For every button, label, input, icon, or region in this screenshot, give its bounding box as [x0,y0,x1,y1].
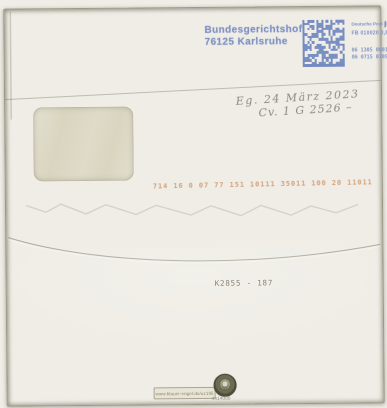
deutsche-post-brand: Deutsche Post [351,20,385,27]
sender-name: Bundesgerichtshof [204,24,302,37]
blauer-engel-logo [213,374,236,397]
photo-background: Bundesgerichtshof 76125 Karlsruhe Deutsc… [0,0,387,408]
eco-label-box: www.blauer-engel.de/uz195 [154,387,216,400]
meter-id-postage: FB 010020 0,85 [351,30,385,36]
meter-id: FB 010020 [351,30,379,36]
eco-label-url: www.blauer-engel.de/uz195 [156,390,214,396]
postal-sorting-code: 714 16 0 07 77 151 10111 35011 100 20 11… [153,178,373,190]
datamatrix-code [302,20,344,67]
meter-codes: 06 1305 0001 06 0715 0705 [352,47,386,61]
handwritten-note: Eg. 24 März 2023 Cv. 1 G 2526 – [235,87,360,121]
envelope: Bundesgerichtshof 76125 Karlsruhe Deutsc… [3,5,384,406]
envelope-print-code: K2855 - 187 [215,278,274,288]
brand-label: Deutsche Post [351,21,382,26]
sender-city: 76125 Karlsruhe [205,36,303,49]
address-window [33,107,134,182]
meter-code-2: 06 0715 0705 [352,54,386,61]
flap-shading [6,246,383,405]
posthorn-icon [385,20,387,27]
franking-meter: Deutsche Post FB 010020 0,85 06 1305 000… [351,20,385,61]
postage-value: 0,85 [381,30,387,36]
sender-imprint: Bundesgerichtshof 76125 Karlsruhe [204,24,302,49]
eco-label-number: 4414000 [212,396,231,401]
